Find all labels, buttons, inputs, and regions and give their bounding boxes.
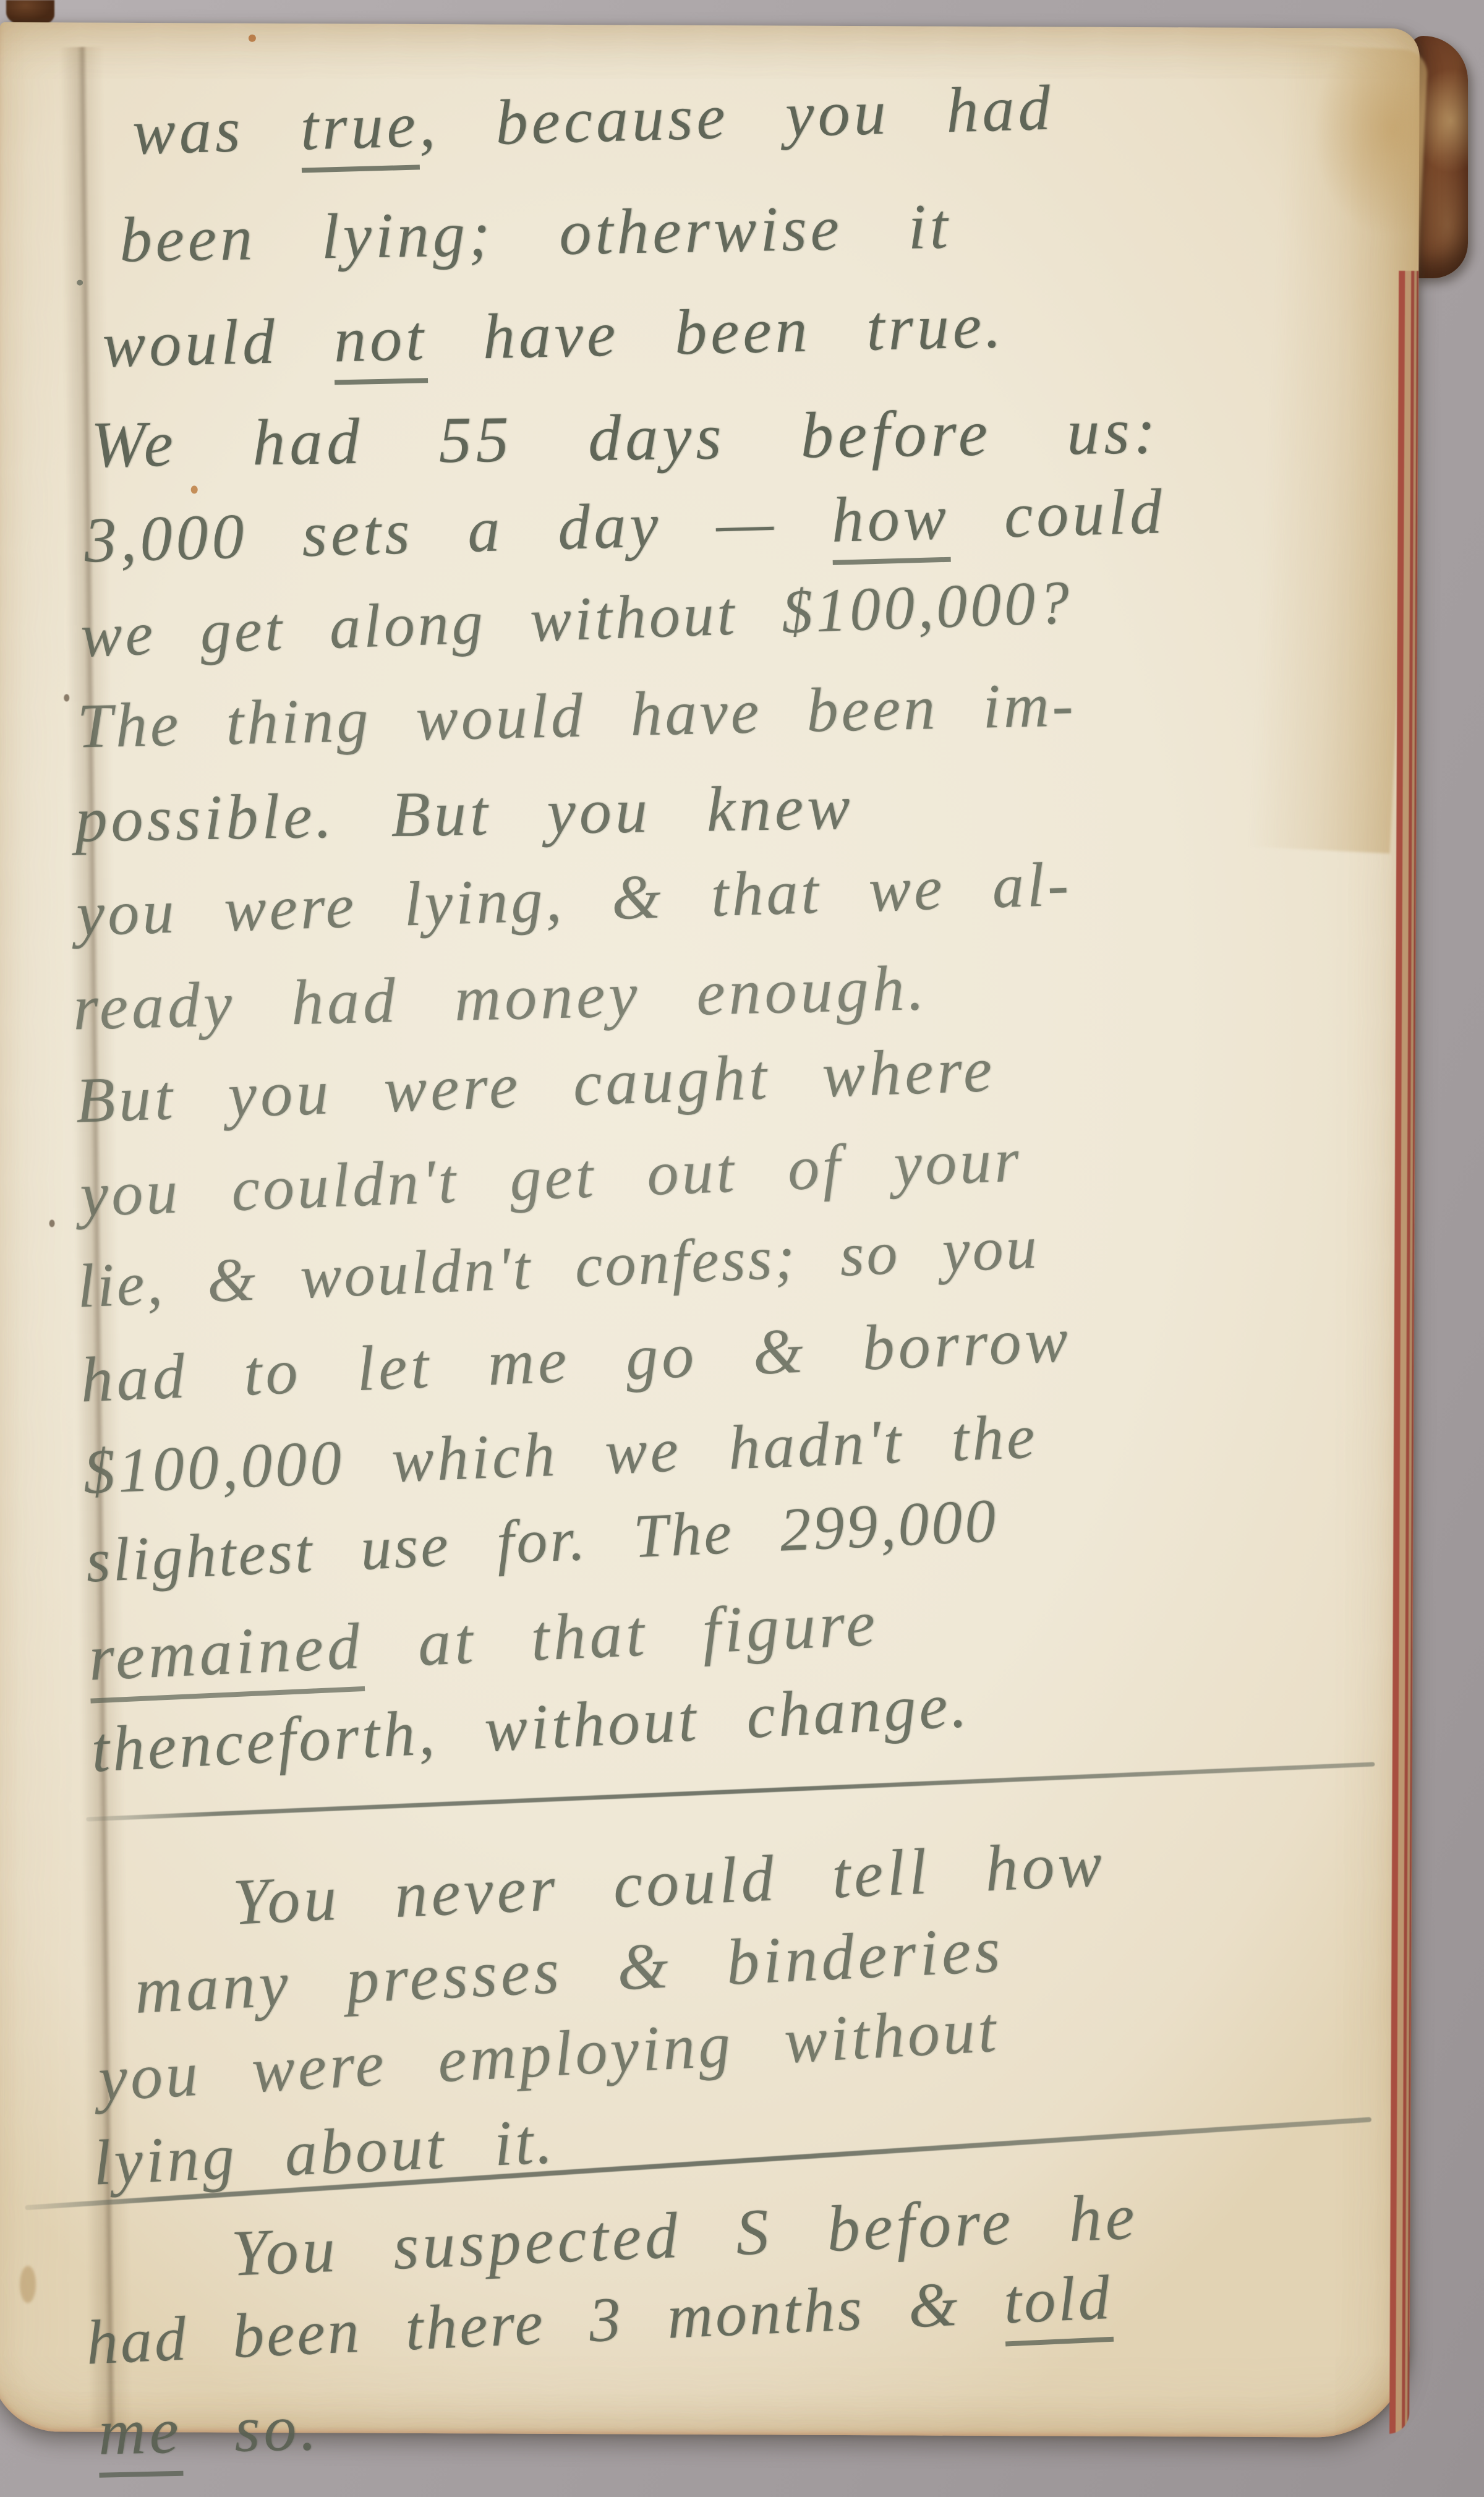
manuscript-line-5: 3,000 sets a day — how could (83, 474, 1167, 577)
handwriting-segment: lying about it. (92, 2106, 556, 2199)
handwriting-segment: could (949, 476, 1166, 552)
underlined-word: true (299, 89, 420, 173)
handwriting-segment: possible. But you knew (74, 772, 854, 856)
manuscript-line-25: me so. (98, 2390, 321, 2470)
manuscript-line-8: possible. But you knew (74, 770, 854, 857)
manuscript-line-10: ready had money enough. (72, 951, 929, 1045)
rust-stain (249, 35, 256, 42)
manuscript-text: was true, because you hadbeen lying; oth… (0, 22, 1420, 28)
underlined-word: how (830, 482, 951, 565)
handwriting-segment: The thing would have been im- (77, 670, 1077, 761)
manuscript-line-4: We had 55 days before us: (90, 393, 1160, 483)
handwriting-segment: have been true. (427, 290, 1005, 373)
manuscript-line-2: been lying; otherwise it (119, 190, 952, 277)
handwriting-segment: We had 55 days before us: (90, 395, 1160, 481)
handwriting-segment: had been there 3 months & (85, 2268, 1005, 2378)
handwriting-segment: been lying; otherwise it (119, 191, 952, 276)
underlined-word: not (333, 302, 429, 385)
handwriting-segment: was (132, 93, 302, 168)
underlined-word: told (1002, 2263, 1114, 2347)
underlined-word: remained (87, 1610, 365, 1704)
handwriting-segment: we get along without $100,000? (80, 568, 1073, 670)
handwriting-segment: lie, & wouldn't confess; so you (76, 1213, 1041, 1321)
handwriting-segment: you couldn't get out of your (79, 1125, 1023, 1230)
handwriting-segment: 3,000 sets a day — (83, 485, 832, 576)
underlined-word: me (98, 2394, 183, 2478)
gutter-damage-spot (20, 2266, 36, 2303)
handwriting-segment: had to let me go & borrow (79, 1304, 1073, 1416)
manuscript-line-3: would not have been true. (101, 289, 1005, 382)
manuscript-line-14: had to let me go & borrow (79, 1303, 1073, 1417)
handwriting-segment: so. (181, 2391, 321, 2467)
handwriting-segment: , because you had (418, 72, 1055, 161)
manuscript-line-12: you couldn't get out of your (79, 1124, 1023, 1231)
manuscript-line-6: we get along without $100,000? (80, 566, 1073, 672)
notebook-page: was true, because you hadbeen lying; oth… (0, 22, 1420, 2438)
handwriting-segment: But you were caught where (74, 1034, 996, 1137)
handwriting-segment: would (101, 305, 335, 381)
handwriting-segment: ready had money enough. (72, 952, 929, 1044)
manuscript-line-13: lie, & wouldn't confess; so you (76, 1211, 1041, 1322)
handwriting-segment: you were lying, & that we al- (75, 849, 1073, 949)
binding-stitch (64, 694, 69, 701)
scanned-notebook-photo: was true, because you hadbeen lying; oth… (0, 0, 1484, 2497)
stray-pencil-dot (77, 280, 83, 286)
rust-stain (191, 485, 198, 493)
manuscript-line-9: you were lying, & that we al- (75, 848, 1073, 950)
manuscript-line-11: But you were caught where (74, 1033, 996, 1138)
binding-stitch (49, 1219, 54, 1227)
manuscript-line-1: was true, because you had (132, 71, 1055, 169)
manuscript-line-7: The thing would have been im- (77, 668, 1077, 762)
handwriting-segment: at that figure (362, 1587, 881, 1682)
